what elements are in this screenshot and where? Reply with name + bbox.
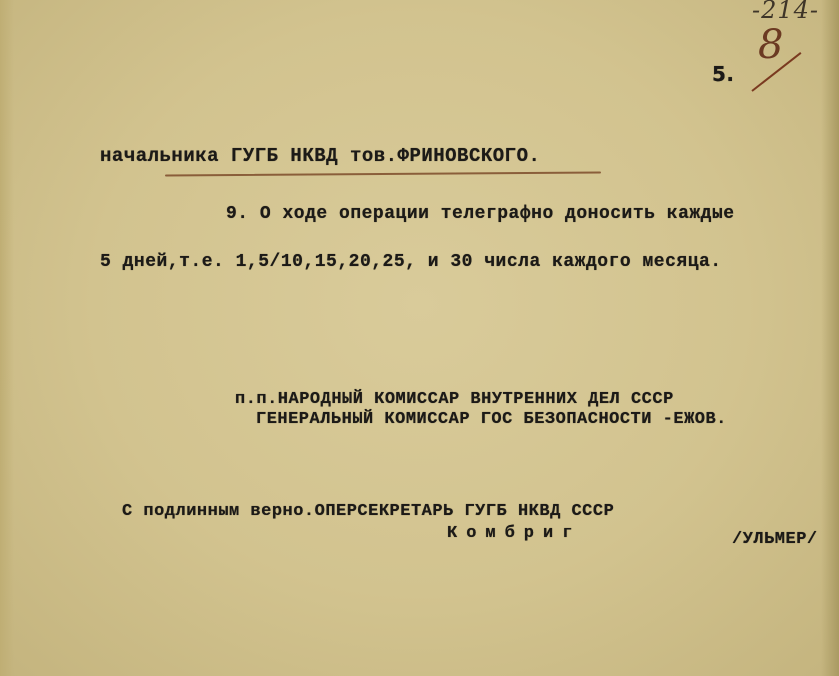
- document-page: -214- 8 5. начальника ГУГБ НКВД тов.ФРИН…: [0, 0, 839, 676]
- paragraph-9-line-1: 9. О ходе операции телеграфно доносить к…: [226, 204, 735, 224]
- handwritten-folio-number: -214-: [752, 0, 819, 24]
- pencil-underline: [165, 171, 601, 176]
- paper-edge-left: [0, 0, 14, 676]
- paragraph-9-line-2: 5 дней,т.е. 1,5/10,15,20,25, и 30 числа …: [100, 252, 722, 272]
- page-number: 5.: [712, 62, 735, 86]
- handwritten-sheet-mark: 8: [758, 22, 783, 68]
- certifier-rank: Комбриг: [447, 524, 581, 543]
- signature-line-1: п.п.НАРОДНЫЙ КОМИССАР ВНУТРЕННИХ ДЕЛ ССС…: [235, 390, 674, 409]
- paper-edge-right: [821, 0, 839, 676]
- certifier-name: /УЛЬМЕР/: [732, 530, 818, 549]
- signature-line-2: ГЕНЕРАЛЬНЫЙ КОМИССАР ГОС БЕЗОПАСНОСТИ -Е…: [256, 410, 727, 429]
- addressee-line: начальника ГУГБ НКВД тов.ФРИНОВСКОГО.: [100, 145, 540, 167]
- certification-line: С подлинным верно.ОПЕРСЕКРЕТАРЬ ГУГБ НКВ…: [122, 502, 614, 521]
